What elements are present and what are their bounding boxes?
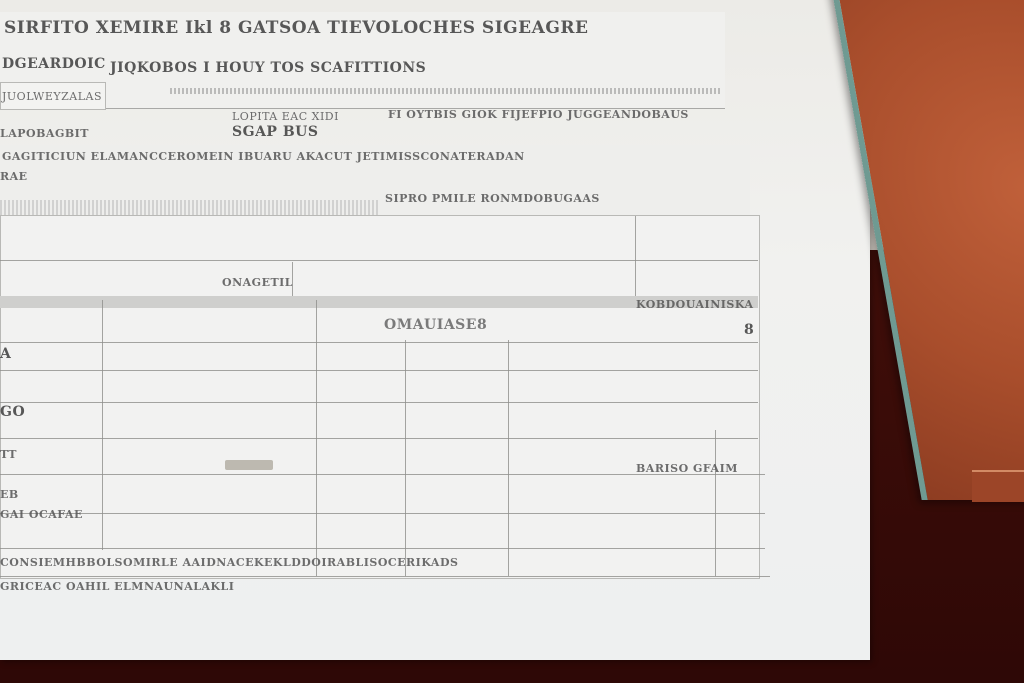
- table-rule: [0, 548, 765, 549]
- small-box-text: JUOLWEYZALAS: [2, 90, 102, 103]
- table-rule: [0, 576, 770, 577]
- table-rule: [0, 260, 758, 261]
- footer-line-1: CONSIEMHBBOLSOMIRLE AAIDNACEKEKLDDOIRABL…: [0, 556, 458, 569]
- table-header-right: KOBDOUAINISKA: [636, 298, 754, 311]
- table-rule: [508, 340, 509, 576]
- table-rule: [405, 340, 406, 576]
- table-title: OMAUIASE8: [384, 317, 487, 333]
- table-rule: [715, 430, 716, 576]
- noise-block: [0, 200, 380, 216]
- table-rule: [102, 300, 103, 550]
- caption-b: SGAP BUS: [232, 124, 318, 140]
- row-label: EB: [0, 488, 19, 501]
- cell-a: ONAGETIL: [222, 276, 293, 289]
- line-4: GAGITICIUN ELAMANCCEROMEIN IBUARU AKACUT…: [2, 150, 525, 163]
- caption-a: LOPITA EAC XIDI: [232, 110, 339, 123]
- header-line-1: SIRFITO XEMIRE Ikl 8 GATSOA TIEVOLOCHES …: [4, 18, 588, 38]
- header-line-2a: DGEARDOIC: [2, 56, 106, 72]
- row-value-right: BARISO GFAIM: [636, 462, 738, 475]
- table-mark-right: 8: [744, 322, 754, 338]
- table-rule: [0, 370, 758, 371]
- table-rule: [0, 513, 765, 514]
- side-label: LAPOBAGBIT: [0, 127, 89, 140]
- table-rule: [316, 300, 317, 576]
- book-corner: [972, 470, 1024, 502]
- row-label: TT: [0, 448, 17, 461]
- row-label: A: [0, 346, 11, 362]
- line-5: SIPRO PMILE RONMDOBUGAAS: [385, 192, 600, 205]
- noise-line: [170, 88, 720, 94]
- table-rule: [635, 216, 636, 296]
- line-3: FI OYTBIS GIOK FIJEFPIO JUGGEANDOBAUS: [388, 108, 689, 121]
- footer-line-2: GRICEAC OAHIL ELMNAUNALAKLI: [0, 580, 234, 593]
- table-rule: [292, 262, 293, 298]
- row-label: GO: [0, 404, 25, 420]
- table-rule: [0, 438, 758, 439]
- header-line-2b: JIQKOBOS I HOUY TOS SCAFITTIONS: [110, 60, 426, 76]
- stapler-mark: [225, 460, 273, 470]
- form-table: [0, 215, 760, 579]
- line-4-left: RAE: [0, 170, 28, 183]
- table-rule: [0, 402, 758, 403]
- row-label: GAI OCAFAE: [0, 508, 83, 521]
- table-rule: [0, 342, 758, 343]
